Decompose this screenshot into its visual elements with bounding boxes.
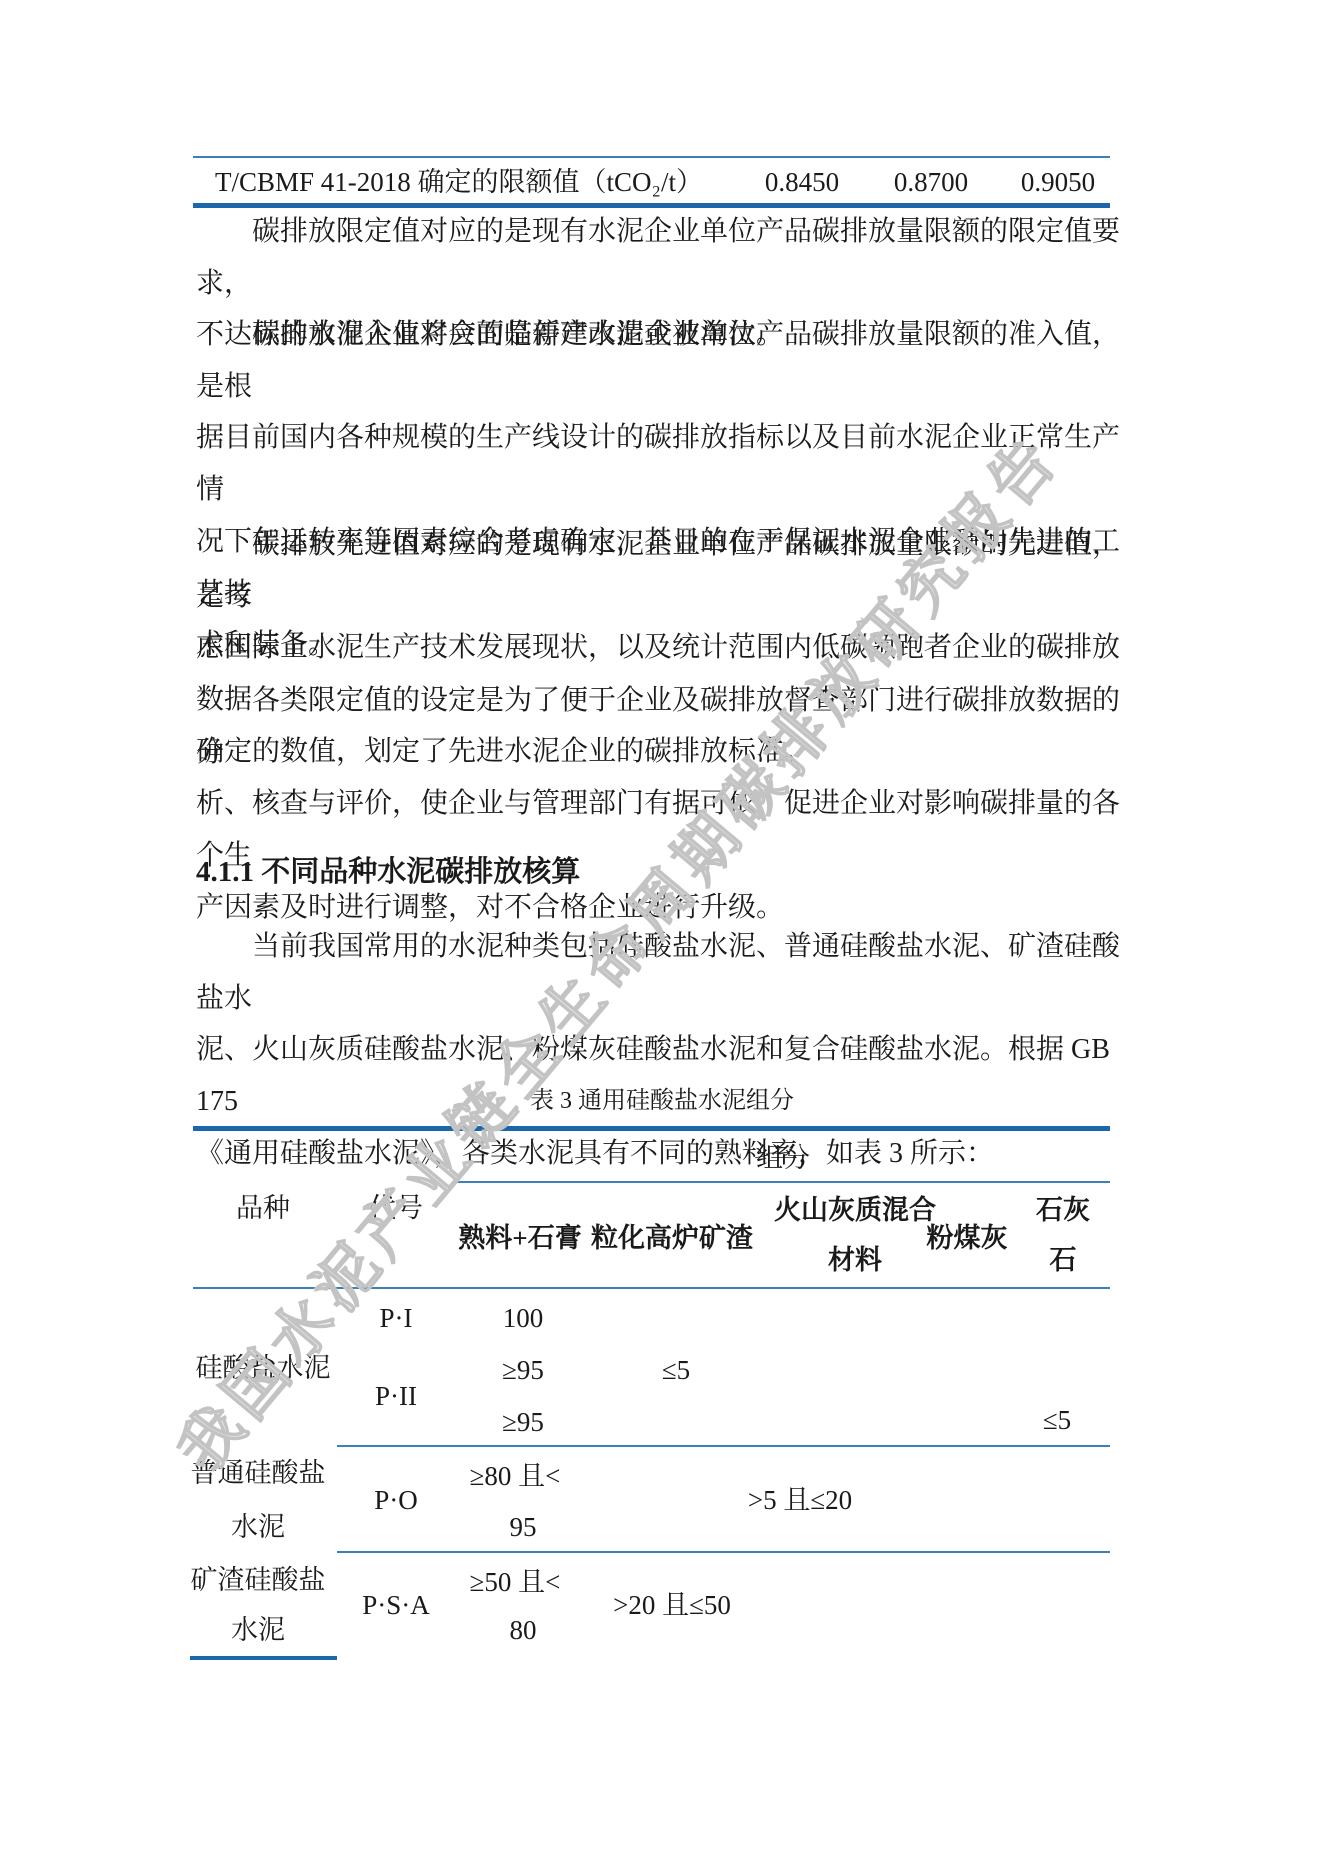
value-p2b-limestone: ≤5 bbox=[1043, 1395, 1071, 1445]
group1-separator bbox=[337, 1445, 1110, 1447]
header-variety: 品种 bbox=[236, 1183, 290, 1233]
section-heading: 4.1.1 不同品种水泥碳排放核算 bbox=[196, 851, 1128, 893]
page-content: T/CBMF 41-2018 确定的限额值（tCO₂/t） 0.8450 0.8… bbox=[0, 0, 1323, 1871]
code-p1: P·I bbox=[380, 1293, 413, 1343]
value-p2-slag: ≤5 bbox=[662, 1345, 690, 1395]
value-p1-clinker: 100 bbox=[503, 1293, 544, 1343]
variety-slag-line1: 矿渣硅酸盐 bbox=[191, 1555, 326, 1605]
variety-ordinary-line2: 水泥 bbox=[231, 1502, 285, 1552]
top-table-value-1: 0.8450 bbox=[765, 159, 839, 205]
value-psa-clinker-line2: 80 bbox=[510, 1605, 537, 1655]
table-caption: 表 3 通用硅酸盐水泥组分 bbox=[196, 1086, 1128, 1116]
composition-span-border bbox=[455, 1181, 1110, 1183]
value-p2b-clinker: ≥95 bbox=[502, 1397, 544, 1447]
header-fly-ash: 粉煤灰 bbox=[927, 1213, 1008, 1263]
header-composition: 组分 bbox=[756, 1133, 810, 1183]
document-page: T/CBMF 41-2018 确定的限额值（tCO₂/t） 0.8450 0.8… bbox=[0, 0, 1323, 1871]
top-table-top-border bbox=[193, 156, 1110, 158]
header-bottom-border bbox=[193, 1287, 1110, 1289]
top-table-value-3: 0.9050 bbox=[1021, 159, 1095, 205]
top-table-value-2: 0.8700 bbox=[894, 159, 968, 205]
variety-silicate: 硅酸盐水泥 bbox=[196, 1343, 331, 1393]
top-table-row-label: T/CBMF 41-2018 确定的限额值（tCO₂/t） bbox=[215, 159, 703, 205]
value-po-clinker-line2: 95 bbox=[510, 1502, 537, 1552]
header-clinker-gypsum: 熟料+石膏 bbox=[458, 1213, 581, 1263]
variety-ordinary-line1: 普通硅酸盐 bbox=[191, 1448, 326, 1498]
value-po-clinker-line1: ≥80 且< bbox=[470, 1451, 561, 1501]
code-psa: P·S·A bbox=[362, 1580, 430, 1630]
page-break-border bbox=[190, 1656, 337, 1660]
code-po: P·O bbox=[374, 1475, 418, 1525]
header-limestone: 石灰 石 bbox=[1036, 1185, 1090, 1285]
paragraph-4: 各类限定值的设定是为了便于企业及碳排放督查部门进行碳排放数据的分 析、核查与评价… bbox=[196, 675, 1128, 934]
header-slag: 粒化高炉矿渣 bbox=[591, 1213, 753, 1263]
variety-slag-line2: 水泥 bbox=[231, 1605, 285, 1655]
value-psa-clinker-line1: ≥50 且< bbox=[470, 1557, 561, 1607]
table-top-border bbox=[193, 1126, 1110, 1131]
group2-separator bbox=[337, 1551, 1110, 1553]
code-p2: P·II bbox=[375, 1371, 417, 1421]
paragraph-5: 当前我国常用的水泥种类包括硅酸盐水泥、普通硅酸盐水泥、矿渣硅酸盐水 泥、火山灰质… bbox=[196, 921, 1128, 1180]
value-psa-slag: >20 且≤50 bbox=[613, 1580, 731, 1630]
header-code: 代号 bbox=[369, 1183, 423, 1233]
value-p2-clinker: ≥95 bbox=[502, 1345, 544, 1395]
value-po-mixed: >5 且≤20 bbox=[748, 1475, 852, 1525]
header-volcanic: 火山灰质混合 材料 bbox=[774, 1185, 936, 1285]
